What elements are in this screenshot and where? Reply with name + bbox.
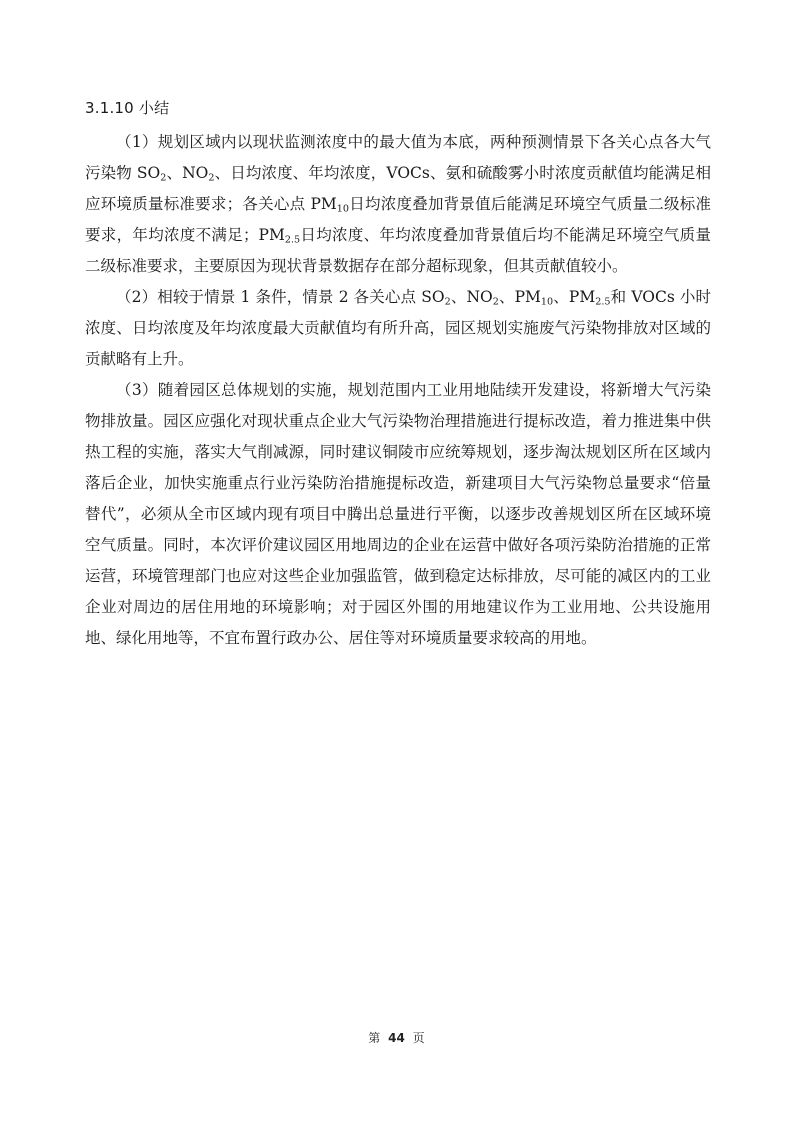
page-footer: 第 44 页	[0, 1029, 793, 1046]
footer-suffix: 页	[413, 1031, 425, 1045]
footer-prefix: 第	[368, 1031, 380, 1045]
subscript: 2.5	[595, 296, 610, 307]
subscript: 2	[160, 172, 166, 183]
paragraph-2: （2）相较于情景 1 条件，情景 2 各关心点 SO2、NO2、PM10、PM2…	[85, 282, 711, 375]
section-heading: 3.1.10 小结	[85, 96, 711, 120]
subscript: 2	[493, 296, 499, 307]
subscript: 2.5	[285, 234, 300, 245]
subscript: 10	[337, 203, 349, 214]
subscript: 2	[208, 172, 214, 183]
paragraph-3: （3）随着园区总体规划的实施，规划范围内工业用地陆续开发建设，将新增大气污染物排…	[85, 375, 711, 654]
page-number: 44	[388, 1031, 405, 1045]
paragraph-1: （1）规划区域内以现状监测浓度中的最大值为本底，两种预测情景下各关心点各大气污染…	[85, 127, 711, 282]
document-page: 3.1.10 小结 （1）规划区域内以现状监测浓度中的最大值为本底，两种预测情景…	[85, 96, 711, 654]
subscript: 2	[445, 296, 451, 307]
subscript: 10	[541, 296, 553, 307]
